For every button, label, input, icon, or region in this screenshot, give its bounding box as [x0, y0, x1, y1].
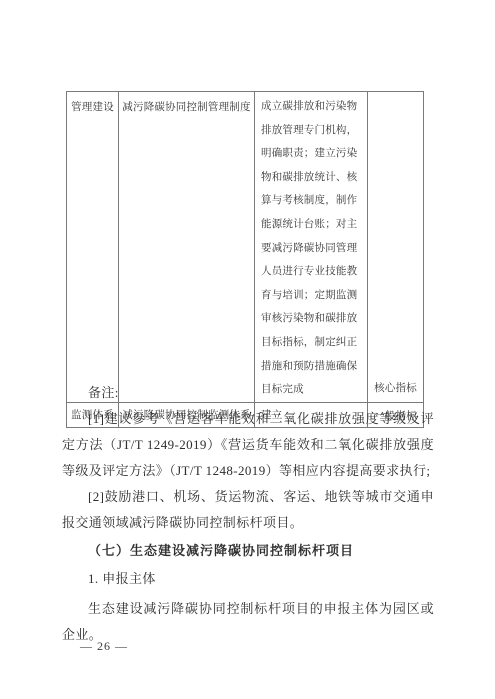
level-cell: 核心指标 [368, 92, 424, 403]
requirement-cell: 成立碳排放和污染物排放管理专门机构，明确职责；建立污染物和碳排放统计、核算与考核… [255, 92, 368, 403]
indicator-cell: 减污降碳协同控制管理制度 [119, 92, 255, 403]
note-item: [2]鼓励港口、机场、货运物流、客运、地铁等城市交通申报交通领域减污降碳协同控制… [62, 484, 434, 536]
page-number: — 26 — [80, 639, 128, 654]
note-item: [1]建议参考《营运客车能效和二氧化碳排放强度等级及评定方法（JT/T 1249… [62, 406, 434, 484]
section-heading: （七）生态建设减污降碳协同控制标杆项目 [62, 538, 434, 564]
body-text-block: 备注: [1]建议参考《营运客车能效和二氧化碳排放强度等级及评定方法（JT/T … [62, 380, 434, 648]
category-cell: 管理建设 [67, 92, 119, 403]
table-row: 管理建设 减污降碳协同控制管理制度 成立碳排放和污染物排放管理专门机构，明确职责… [67, 92, 424, 403]
indicator-table: 管理建设 减污降碳协同控制管理制度 成立碳排放和污染物排放管理专门机构，明确职责… [66, 91, 424, 428]
notes-label: 备注: [62, 380, 434, 406]
document-page: 管理建设 减污降碳协同控制管理制度 成立碳排放和污染物排放管理专门机构，明确职责… [0, 0, 495, 699]
section-subheading: 1. 申报主体 [62, 566, 434, 592]
